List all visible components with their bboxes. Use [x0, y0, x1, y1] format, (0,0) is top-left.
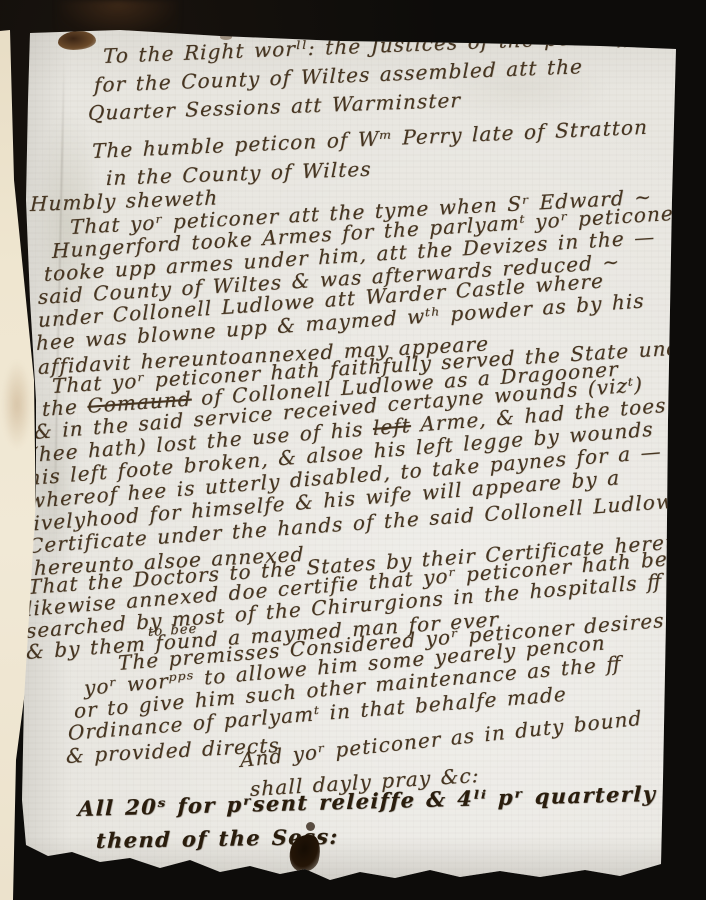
ink-blot-dot [306, 822, 315, 831]
text-layer: To the Right worˡˡ: the Justices of the … [0, 0, 706, 900]
manuscript-photo: To the Right worˡˡ: the Justices of the … [0, 0, 706, 900]
petition-page: To the Right worˡˡ: the Justices of the … [0, 0, 706, 900]
manuscript-line-heading: in the County of Wiltes [106, 157, 372, 190]
mount-stain [2, 360, 32, 450]
